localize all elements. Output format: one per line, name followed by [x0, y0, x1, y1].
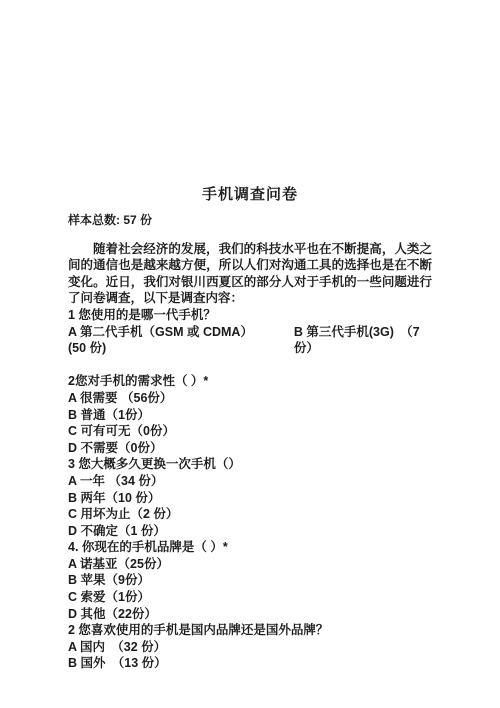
scanned-document-page: 手机调查问卷 样本总数: 57 份 随着社会经济的发展，我们的科技水平也在不断提… [0, 0, 500, 708]
question-2-option-d: D 不需要（0份） [68, 440, 432, 457]
question-5-option-a: A 国内 （32 份） [68, 639, 432, 656]
question-1-prompt: 1 您使用的是哪一代手机？ [68, 307, 432, 324]
page-title: 手机调查问卷 [68, 186, 432, 203]
question-block-1: 1 您使用的是哪一代手机？ A 第二代手机（GSM 或 CDMA）(50 份) … [68, 307, 432, 357]
question-block-5: 2 您喜欢使用的手机是国内品牌还是国外品牌？ A 国内 （32 份） B 国外 … [68, 622, 432, 672]
question-block-2: 2您对手机的需求性（ ）* A 很需要 （56份） B 普通（1份） C 可有可… [68, 373, 432, 456]
question-5-prompt: 2 您喜欢使用的手机是国内品牌还是国外品牌？ [68, 622, 432, 639]
question-3-option-a: A 一年 （34 份） [68, 473, 432, 490]
question-3-prompt: 3 您大概多久更换一次手机（） [68, 456, 432, 473]
question-4-option-d: D 其他（22份） [68, 606, 432, 623]
question-1-option-a: A 第二代手机（GSM 或 CDMA）(50 份) [68, 324, 268, 357]
sample-total-label: 样本总数: 57 份 [68, 212, 432, 229]
question-2-prompt: 2您对手机的需求性（ ）* [68, 373, 432, 390]
question-3-option-c: C 用坏为止（2 份） [68, 506, 432, 523]
question-block-4: 4. 你现在的手机品牌是（ ）* A 诺基亚（25份） B 苹果（9份） C 索… [68, 539, 432, 622]
question-2-option-b: B 普通（1份） [68, 407, 432, 424]
intro-paragraph: 随着社会经济的发展，我们的科技水平也在不断提高，人类之间的通信也是越来越方便，所… [68, 241, 432, 307]
question-1-option-b: B 第三代手机(3G) （7 份） [294, 324, 432, 357]
question-4-option-a: A 诺基亚（25份） [68, 556, 432, 573]
question-2-option-a: A 很需要 （56份） [68, 390, 432, 407]
question-3-option-b: B 两年（10 份） [68, 490, 432, 507]
question-4-prompt: 4. 你现在的手机品牌是（ ）* [68, 539, 432, 556]
question-5-option-b: B 国外 （13 份） [68, 655, 432, 672]
question-4-option-b: B 苹果（9份） [68, 572, 432, 589]
question-4-option-c: C 索爱（1份） [68, 589, 432, 606]
question-3-option-d: D 不确定（1 份） [68, 523, 432, 540]
question-2-option-c: C 可有可无（0份） [68, 423, 432, 440]
question-block-3: 3 您大概多久更换一次手机（） A 一年 （34 份） B 两年（10 份） C… [68, 456, 432, 539]
question-1-options-row: A 第二代手机（GSM 或 CDMA）(50 份) B 第三代手机(3G) （7… [68, 324, 432, 357]
